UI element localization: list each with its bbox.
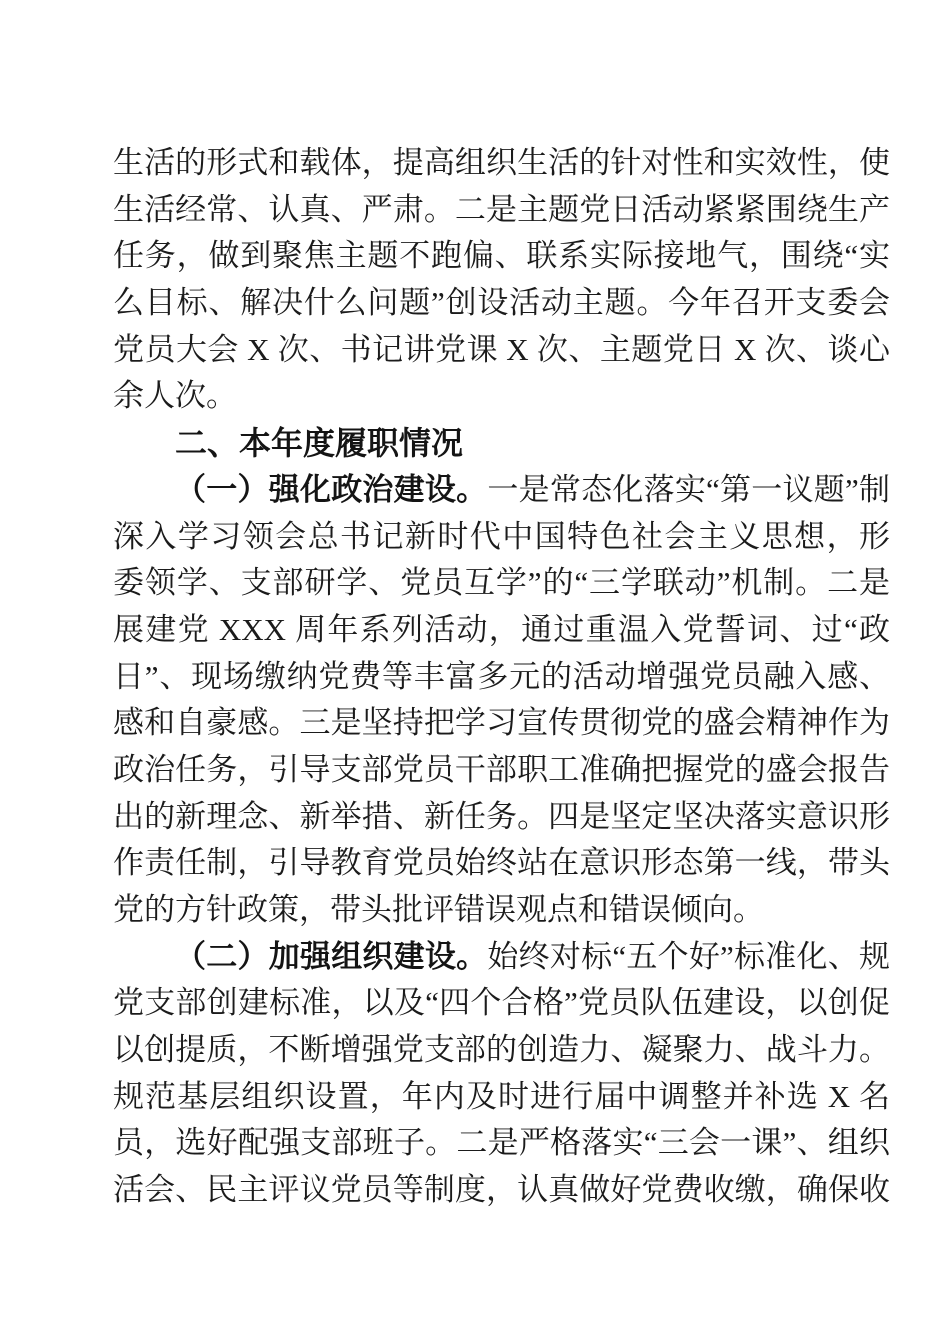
text-run: 生活的形式和载体，提高组织生活的针对性和实效性，使组织 [113,145,890,187]
document-line: 政治任务，引导支部党员干部职工准确把握党的盛会报告中提 [113,747,890,794]
document-line: 员，选好配强支部班子。二是严格落实“三会一课”、组织生 [113,1120,890,1167]
text-run: 活会、民主评议党员等制度，认真做好党费收缴，确保收缴及 [113,1172,890,1214]
text-block: 生活的形式和载体，提高组织生活的针对性和实效性，使组织生活经常、认真、严肃。二是… [113,140,890,1214]
text-run: 党员大会 X 次、书记讲党课 X 次、主题党日 X 次、谈心谈话 XX [113,332,890,374]
document-line: （二）加强组织建设。始终对标“五个好”标准化、规范化 [113,934,890,981]
document-line: 规范基层组织设置，年内及时进行届中调整并补选 X 名支部委 [113,1074,890,1121]
paragraph-lead: （二）加强组织建设。 [175,939,487,974]
text-run: 党支部创建标准，以及“四个合格”党员队伍建设，以创促建、 [113,985,890,1027]
text-run: 规范基层组织设置，年内及时进行届中调整并补选 X 名支部委 [113,1079,890,1121]
document-line: （一）强化政治建设。一是常态化落实“第一议题”制度， [113,467,890,514]
document-line: 任务，做到聚焦主题不跑偏、联系实际接地气，围绕“实现什 [113,233,890,280]
document-line: 余人次。 [113,373,890,420]
text-run: 感和自豪感。三是坚持把学习宣传贯彻党的盛会精神作为首要 [113,705,890,747]
document-page: 生活的形式和载体，提高组织生活的针对性和实效性，使组织生活经常、认真、严肃。二是… [0,0,950,1344]
text-run: 委领学、支部研学、党员互学”的“三学联动”机制。二是开 [113,565,890,607]
document-line: 活会、民主评议党员等制度，认真做好党费收缴，确保收缴及 [113,1167,890,1214]
text-run: 党的方针政策，带头批评错误观点和错误倾向。 [113,892,764,927]
document-line: 以创提质，不断增强党支部的创造力、凝聚力、战斗力。一是 [113,1027,890,1074]
document-line: 么目标、解决什么问题”创设活动主题。今年召开支委会 X 次、 [113,280,890,327]
text-run: 展建党 XXX 周年系列活动，通过重温入党誓词、过“政治生 [113,612,890,654]
document-line: 委领学、支部研学、党员互学”的“三学联动”机制。二是开 [113,560,890,607]
text-run: 员，选好配强支部班子。二是严格落实“三会一课”、组织生 [113,1125,890,1167]
document-line: 日”、现场缴纳党费等丰富多元的活动增强党员融入感、参与 [113,654,890,701]
document-line: 深入学习领会总书记新时代中国特色社会主义思想，形成“党 [113,514,890,561]
text-run: 二、本年度履职情况 [175,425,463,461]
document-line: 党员大会 X 次、书记讲党课 X 次、主题党日 X 次、谈心谈话 XX [113,327,890,374]
document-line: 党的方针政策，带头批评错误观点和错误倾向。 [113,887,890,934]
text-run: 以创提质，不断增强党支部的创造力、凝聚力、战斗力。一是 [113,1032,890,1074]
text-run: 出的新理念、新举措、新任务。四是坚定坚决落实意识形态工 [113,799,890,841]
paragraph-lead: （一）强化政治建设。 [175,472,487,507]
section-heading: 二、本年度履职情况 [113,420,890,467]
document-line: 出的新理念、新举措、新任务。四是坚定坚决落实意识形态工 [113,794,890,841]
document-line: 感和自豪感。三是坚持把学习宣传贯彻党的盛会精神作为首要 [113,700,890,747]
text-run: 么目标、解决什么问题”创设活动主题。今年召开支委会 X 次、 [113,285,890,327]
document-line: 党支部创建标准，以及“四个合格”党员队伍建设，以创促建、 [113,980,890,1027]
text-run: 余人次。 [113,378,237,413]
document-line: 展建党 XXX 周年系列活动，通过重温入党誓词、过“政治生 [113,607,890,654]
text-run: 任务，做到聚焦主题不跑偏、联系实际接地气，围绕“实现什 [113,238,890,280]
text-run: 深入学习领会总书记新时代中国特色社会主义思想，形成“党 [113,519,890,561]
text-run: 政治任务，引导支部党员干部职工准确把握党的盛会报告中提 [113,752,890,794]
document-line: 作责任制，引导教育党员始终站在意识形态第一线，带头宣传 [113,840,890,887]
document-line: 生活经常、认真、严肃。二是主题党日活动紧紧围绕生产经营 [113,187,890,234]
text-run: 作责任制，引导教育党员始终站在意识形态第一线，带头宣传 [113,845,890,887]
text-run: 日”、现场缴纳党费等丰富多元的活动增强党员融入感、参与 [113,659,890,701]
text-run: 生活经常、认真、严肃。二是主题党日活动紧紧围绕生产经营 [113,192,890,234]
document-line: 生活的形式和载体，提高组织生活的针对性和实效性，使组织 [113,140,890,187]
